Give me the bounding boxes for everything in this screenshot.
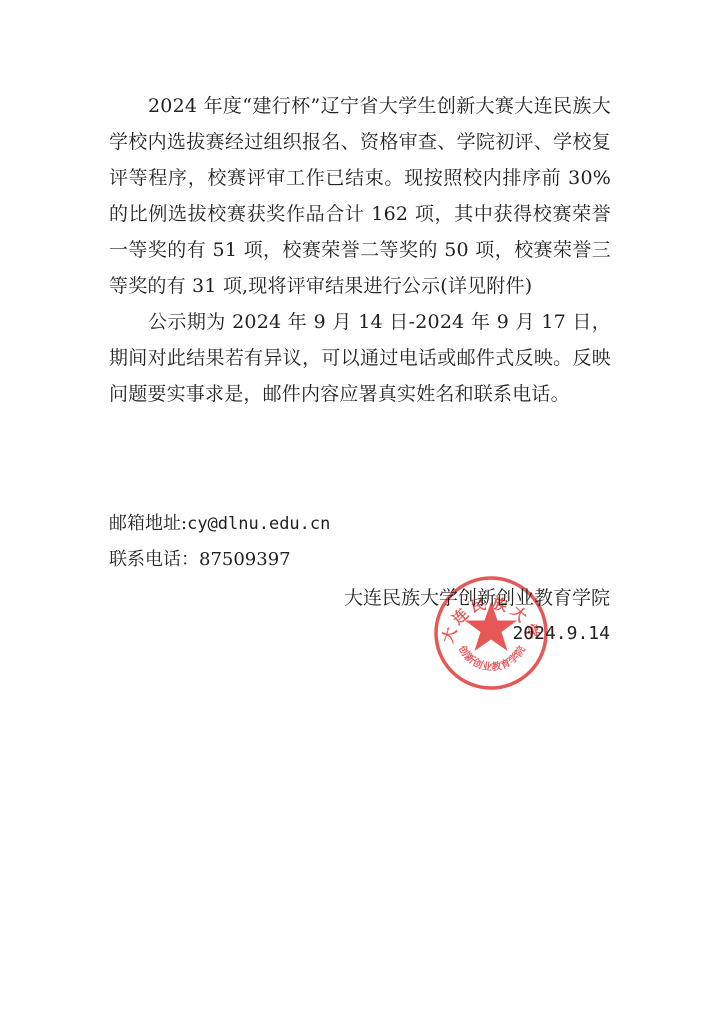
phone-number: 87509397 (199, 549, 291, 570)
signature-organization: 大连民族大学创新创业教育学院 (344, 580, 610, 616)
email-label: 邮箱地址: (109, 513, 187, 534)
contact-phone-line: 联系电话：87509397 (109, 542, 291, 578)
announcement-paragraph-publicity-period: 公示期为 2024 年 9 月 14 日-2024 年 9 月 17 日，期间对… (109, 304, 611, 412)
email-link[interactable]: cy@dlnu.edu.cn (187, 514, 330, 534)
document-page: 2024 年度“建行杯”辽宁省大学生创新大赛大连民族大学校内选拔赛经过组织报名、… (0, 0, 720, 1018)
signature-date: 2024.9.14 (512, 616, 610, 652)
contact-email-line: 邮箱地址:cy@dlnu.edu.cn (109, 506, 330, 542)
phone-label: 联系电话： (109, 549, 199, 570)
announcement-paragraph-results: 2024 年度“建行杯”辽宁省大学生创新大赛大连民族大学校内选拔赛经过组织报名、… (109, 88, 611, 304)
